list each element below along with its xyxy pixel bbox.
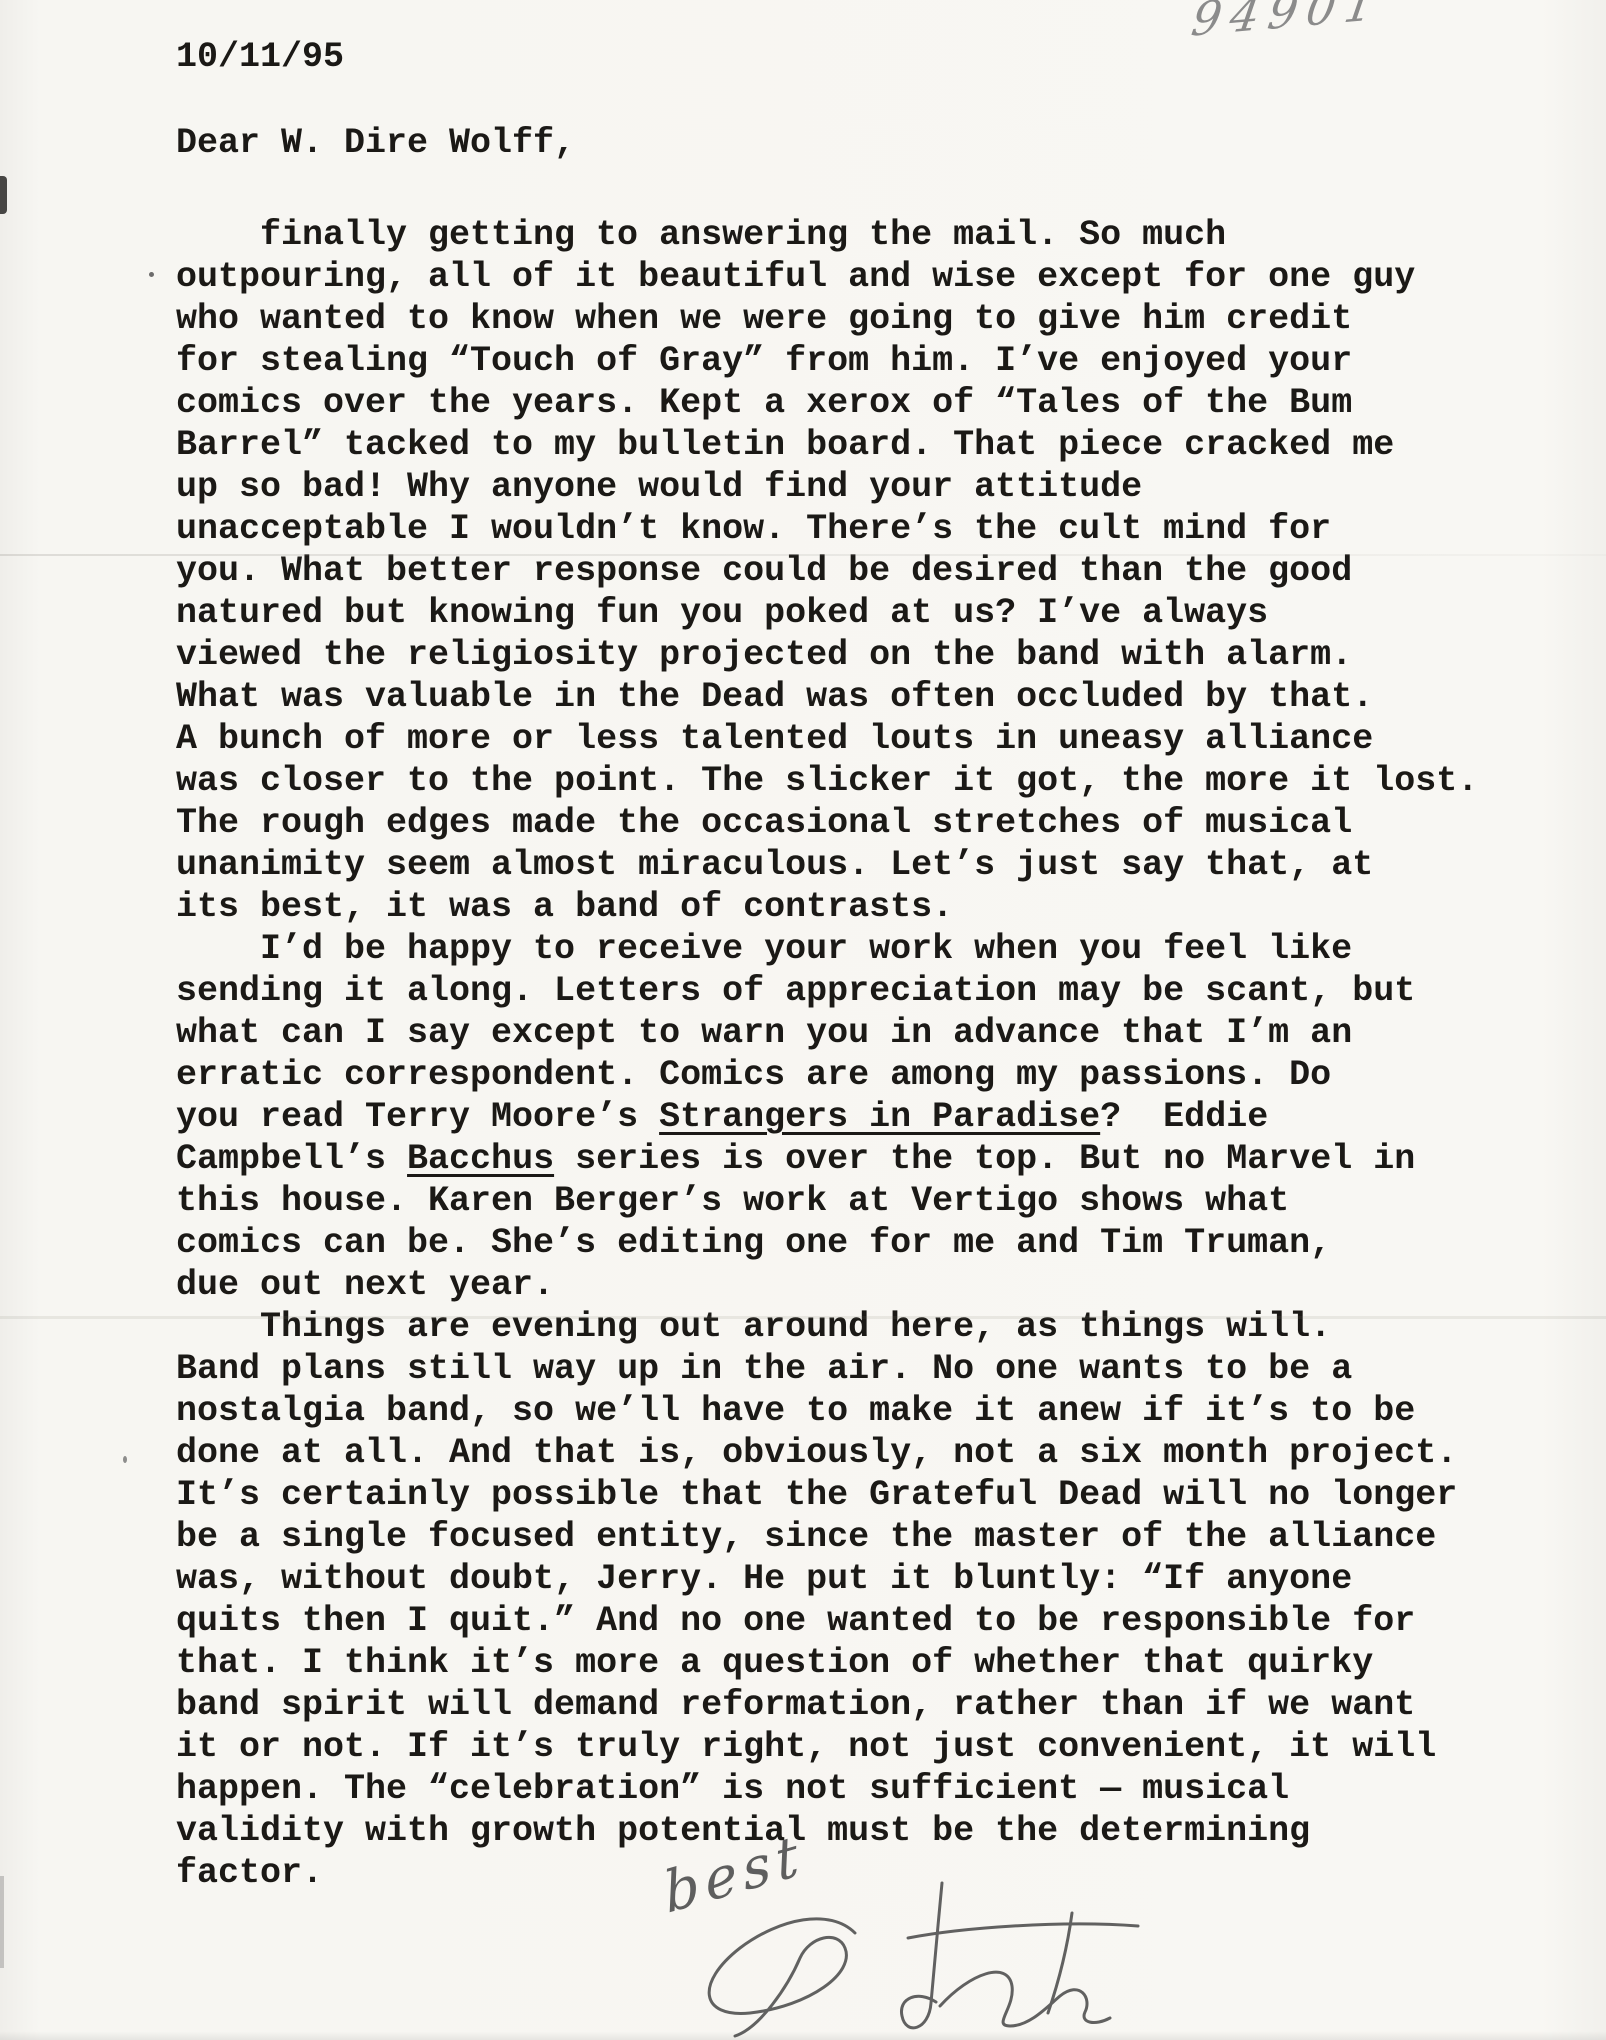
- letter-line: natured but knowing fun you poked at us?…: [176, 592, 1516, 634]
- letter-line: quits then I quit.” And no one wanted to…: [176, 1600, 1516, 1642]
- scan-edge-artifact: [0, 1876, 4, 1968]
- underlined-title: Bacchus: [407, 1139, 554, 1179]
- letter-line: What was valuable in the Dead was often …: [176, 676, 1516, 718]
- letter-line: unacceptable I wouldn’t know. There’s th…: [176, 508, 1516, 550]
- letter-line: what can I say except to warn you in adv…: [176, 1012, 1516, 1054]
- letter-body: finally getting to answering the mail. S…: [176, 214, 1516, 1894]
- letter-line: Campbell’s Bacchus series is over the to…: [176, 1138, 1516, 1180]
- paragraph: finally getting to answering the mail. S…: [176, 214, 1516, 928]
- letter-line: nostalgia band, so we’ll have to make it…: [176, 1390, 1516, 1432]
- letter-line: comics over the years. Kept a xerox of “…: [176, 382, 1516, 424]
- letter-line: erratic correspondent. Comics are among …: [176, 1054, 1516, 1096]
- letter-line: Things are evening out around here, as t…: [176, 1306, 1516, 1348]
- letter-line: you read Terry Moore’s Strangers in Para…: [176, 1096, 1516, 1138]
- signature-scrawl: [640, 1878, 1200, 2040]
- letter-line: done at all. And that is, obviously, not…: [176, 1432, 1516, 1474]
- underlined-title: Strangers in Paradise: [659, 1097, 1100, 1137]
- letter-line: that. I think it’s more a question of wh…: [176, 1642, 1516, 1684]
- letter-line: outpouring, all of it beautiful and wise…: [176, 256, 1516, 298]
- letter-line: you. What better response could be desir…: [176, 550, 1516, 592]
- paragraph: Things are evening out around here, as t…: [176, 1306, 1516, 1894]
- letter-line: comics can be. She’s editing one for me …: [176, 1222, 1516, 1264]
- letter-line: A bunch of more or less talented louts i…: [176, 718, 1516, 760]
- letter-line: viewed the religiosity projected on the …: [176, 634, 1516, 676]
- letter-line: up so bad! Why anyone would find your at…: [176, 466, 1516, 508]
- letter-line: for stealing “Touch of Gray” from him. I…: [176, 340, 1516, 382]
- letter-line: be a single focused entity, since the ma…: [176, 1516, 1516, 1558]
- letter-line: Band plans still way up in the air. No o…: [176, 1348, 1516, 1390]
- scan-shadow: [0, 2031, 1606, 2040]
- letter-line: was, without doubt, Jerry. He put it blu…: [176, 1558, 1516, 1600]
- letter-line: happen. The “celebration” is not suffici…: [176, 1768, 1516, 1810]
- letter-salutation: Dear W. Dire Wolff,: [176, 122, 575, 164]
- letter-page: 94901 10/11/95 Dear W. Dire Wolff, final…: [0, 0, 1606, 2040]
- letter-line: The rough edges made the occasional stre…: [176, 802, 1516, 844]
- letter-line: it or not. If it’s truly right, not just…: [176, 1726, 1516, 1768]
- letter-date: 10/11/95: [176, 36, 344, 78]
- scan-edge-artifact: [0, 176, 7, 214]
- letter-line: was closer to the point. The slicker it …: [176, 760, 1516, 802]
- paragraph: I’d be happy to receive your work when y…: [176, 928, 1516, 1306]
- letter-line: finally getting to answering the mail. S…: [176, 214, 1516, 256]
- letter-line: validity with growth potential must be t…: [176, 1810, 1516, 1852]
- letter-line: band spirit will demand reformation, rat…: [176, 1684, 1516, 1726]
- letter-line: It’s certainly possible that the Gratefu…: [176, 1474, 1516, 1516]
- letter-line: this house. Karen Berger’s work at Verti…: [176, 1180, 1516, 1222]
- letter-line: unanimity seem almost miraculous. Let’s …: [176, 844, 1516, 886]
- handwritten-number: 94901: [1188, 0, 1387, 47]
- letter-line: who wanted to know when we were going to…: [176, 298, 1516, 340]
- letter-line: due out next year.: [176, 1264, 1516, 1306]
- letter-line: I’d be happy to receive your work when y…: [176, 928, 1516, 970]
- letter-line: Barrel” tacked to my bulletin board. Tha…: [176, 424, 1516, 466]
- scan-speck: [149, 272, 154, 277]
- letter-line: sending it along. Letters of appreciatio…: [176, 970, 1516, 1012]
- scan-speck: [123, 1456, 127, 1463]
- letter-line: its best, it was a band of contrasts.: [176, 886, 1516, 928]
